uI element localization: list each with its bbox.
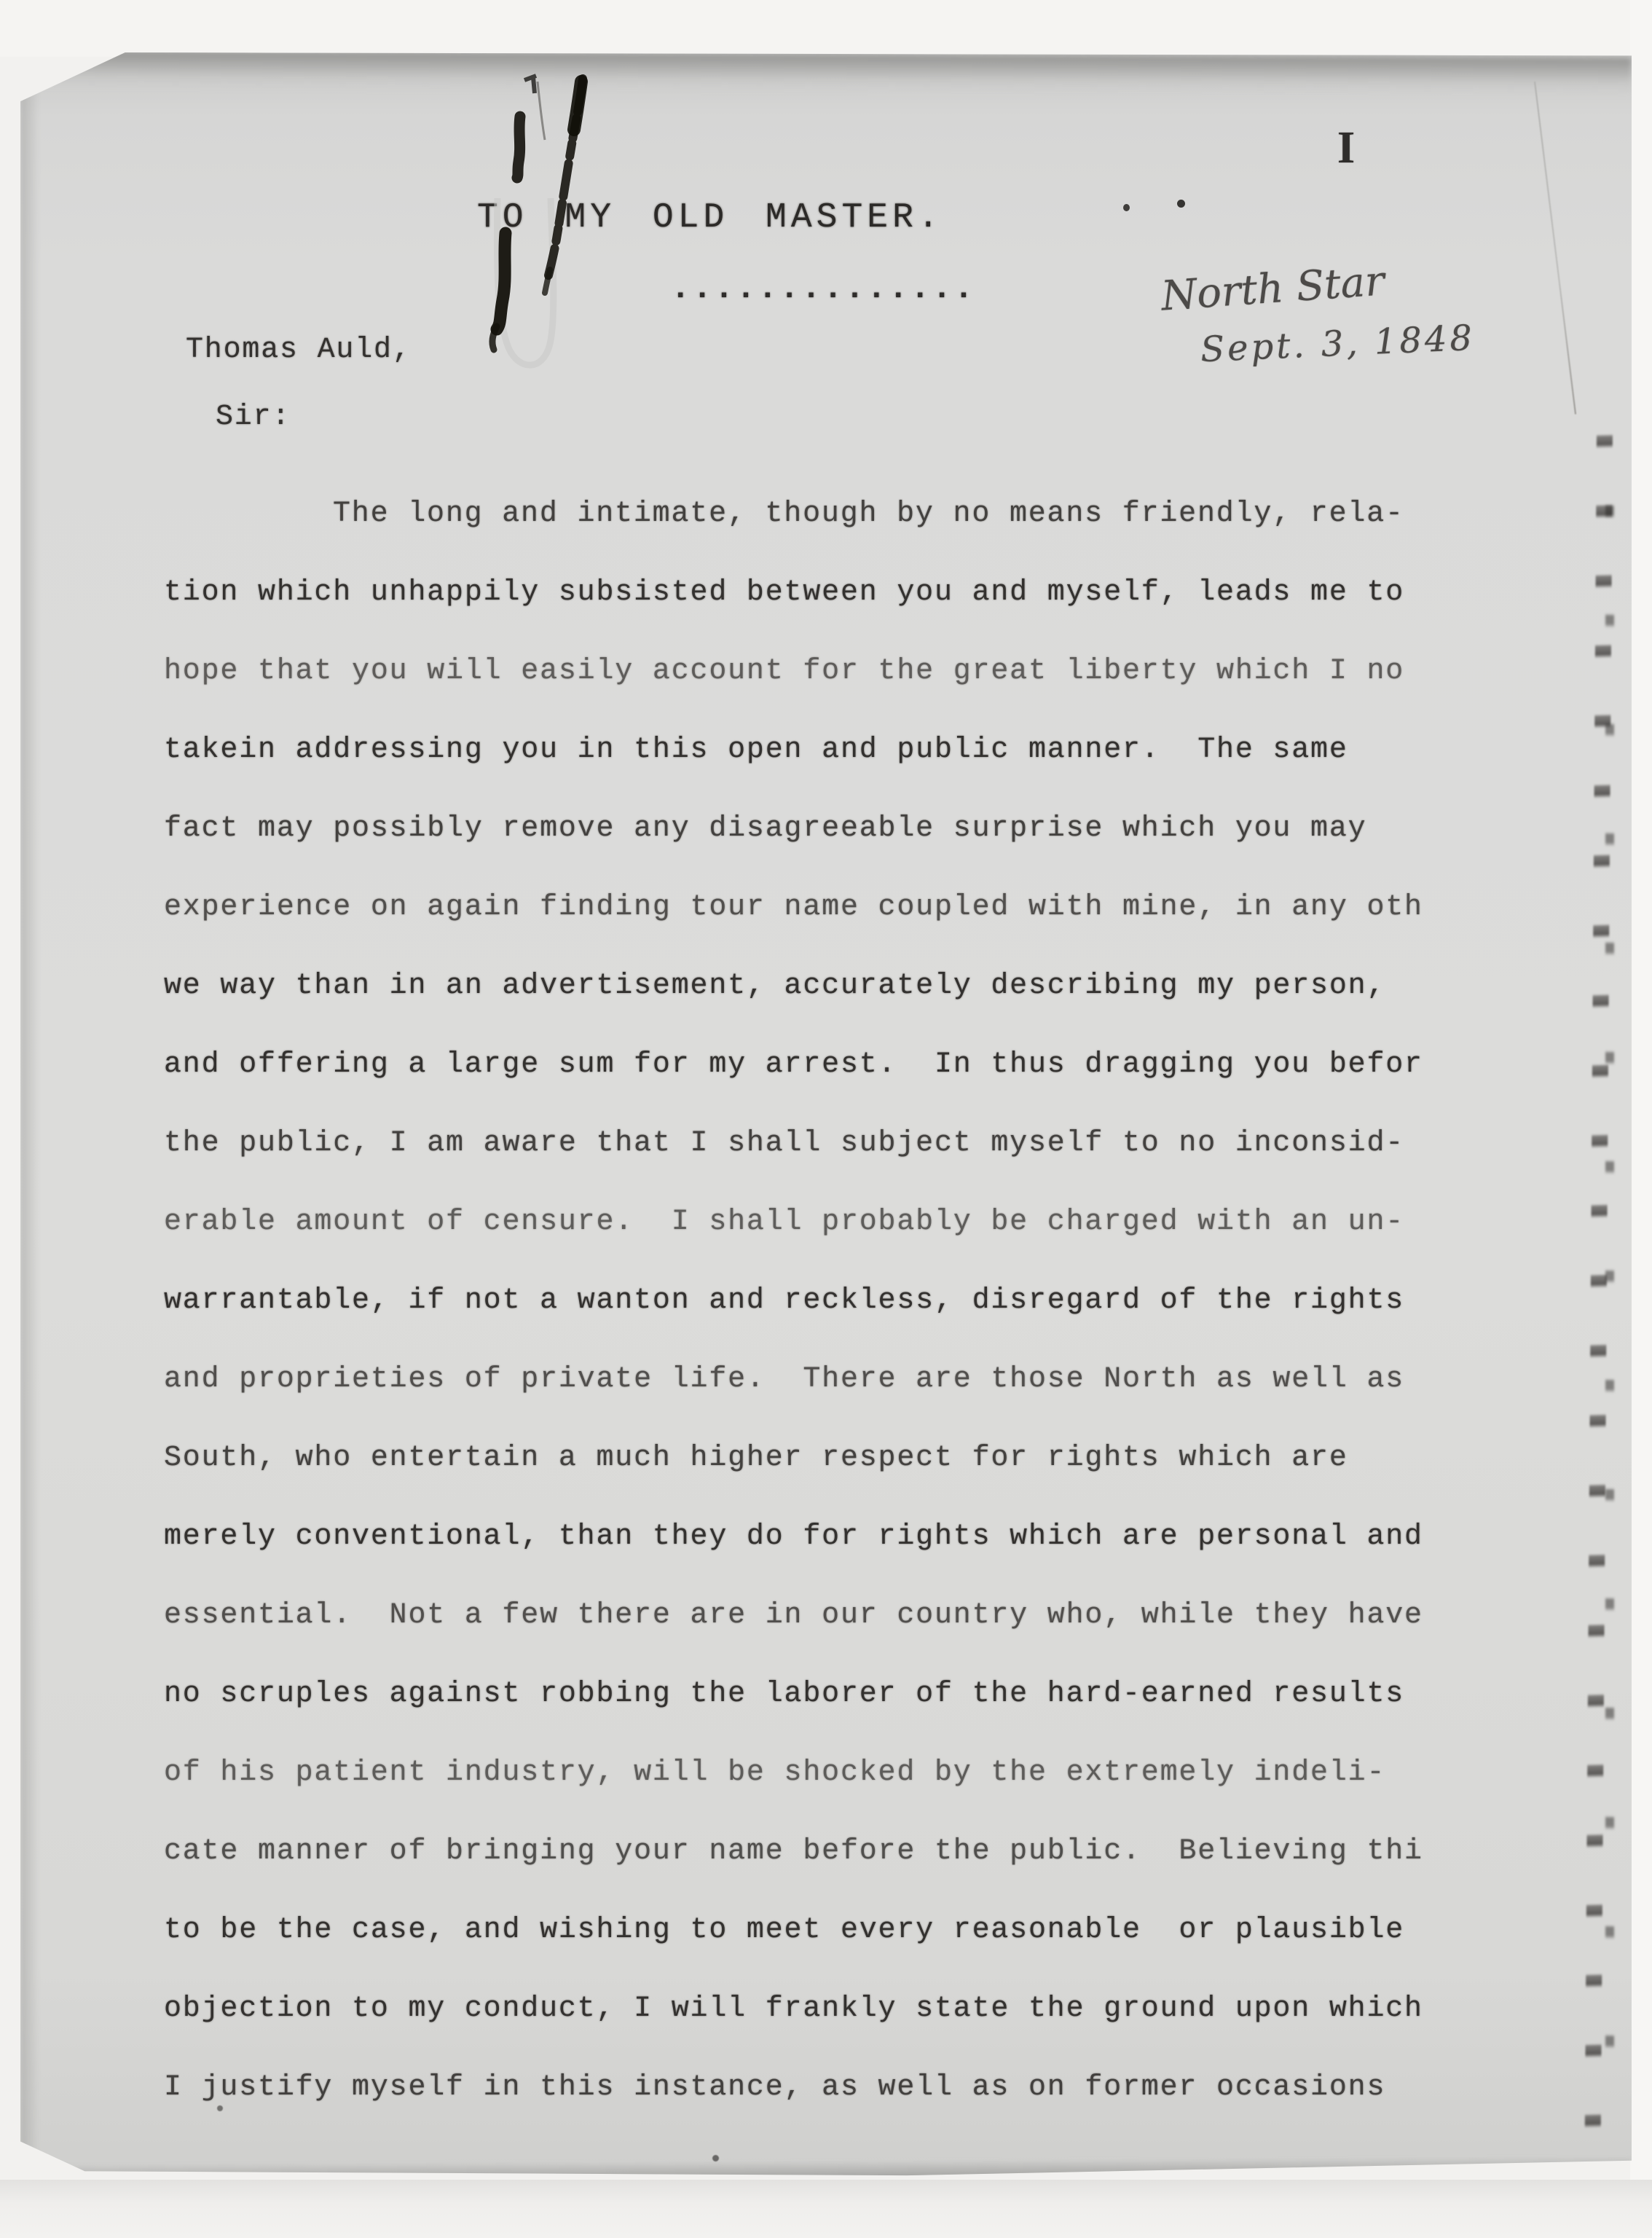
body-line: I justify myself in this instance, as we… (164, 2049, 1519, 2127)
scanner-background-top (0, 0, 1652, 57)
body-line: merely conventional, than they do for ri… (164, 1498, 1519, 1577)
document-scan: I TO MY OLD MASTER. .............. North… (0, 0, 1652, 2238)
salutation-recipient: Thomas Auld, (186, 334, 412, 366)
salutation-greeting: Sir: (216, 401, 291, 433)
body-line: and proprieties of private life. There a… (164, 1340, 1519, 1419)
body-line: essential. Not a few there are in our co… (164, 1577, 1519, 1655)
body-line: to be the case, and wishing to meet ever… (164, 1891, 1519, 1970)
ink-speck (1177, 200, 1185, 208)
paper-top-edge-shadow (20, 50, 1632, 95)
ink-blot (457, 60, 603, 402)
stray-period-mark (712, 2155, 719, 2162)
body-line: we way than in an advertisement, accurat… (164, 947, 1519, 1026)
body-line: of his patient industry, will be shocked… (164, 1734, 1519, 1813)
body-line: fact may possibly remove any disagreeabl… (164, 790, 1519, 868)
annotation-date: Sept. 3, 1848 (1200, 318, 1476, 370)
letter-body: The long and intimate, though by no mean… (164, 475, 1519, 2127)
body-line: The long and intimate, though by no mean… (164, 475, 1519, 554)
paper-page: I TO MY OLD MASTER. .............. North… (20, 52, 1632, 2180)
ink-speck (1123, 204, 1130, 211)
title-underline-dots: .............. (671, 271, 976, 307)
body-line: and offering a large sum for my arrest. … (164, 1026, 1519, 1104)
body-line: erable amount of censure. I shall probab… (164, 1183, 1519, 1262)
annotation-publication: North Star (1160, 257, 1386, 320)
torn-right-edge-detail (1605, 460, 1614, 2136)
stray-period-mark (217, 2105, 223, 2111)
body-line: cate manner of bringing your name before… (164, 1813, 1519, 1891)
body-line: takein addressing you in this open and p… (164, 711, 1519, 790)
body-line: hope that you will easily account for th… (164, 632, 1519, 711)
scanner-background-bottom (0, 2180, 1652, 2238)
body-line: tion which unhappily subsisted between y… (164, 554, 1519, 632)
scanner-background-right (1630, 0, 1652, 2238)
body-line: South, who entertain a much higher respe… (164, 1419, 1519, 1498)
body-line: no scruples against robbing the laborer … (164, 1655, 1519, 1734)
body-line: warrantable, if not a wanton and reckles… (164, 1262, 1519, 1340)
body-line: objection to my conduct, I will frankly … (164, 1970, 1519, 2049)
body-line: experience on again finding tour name co… (164, 868, 1519, 947)
page-number: I (1337, 122, 1355, 174)
paper-crack-line (1534, 82, 1576, 415)
body-line: the public, I am aware that I shall subj… (164, 1104, 1519, 1183)
paper-left-edge-shadow (20, 52, 39, 2180)
